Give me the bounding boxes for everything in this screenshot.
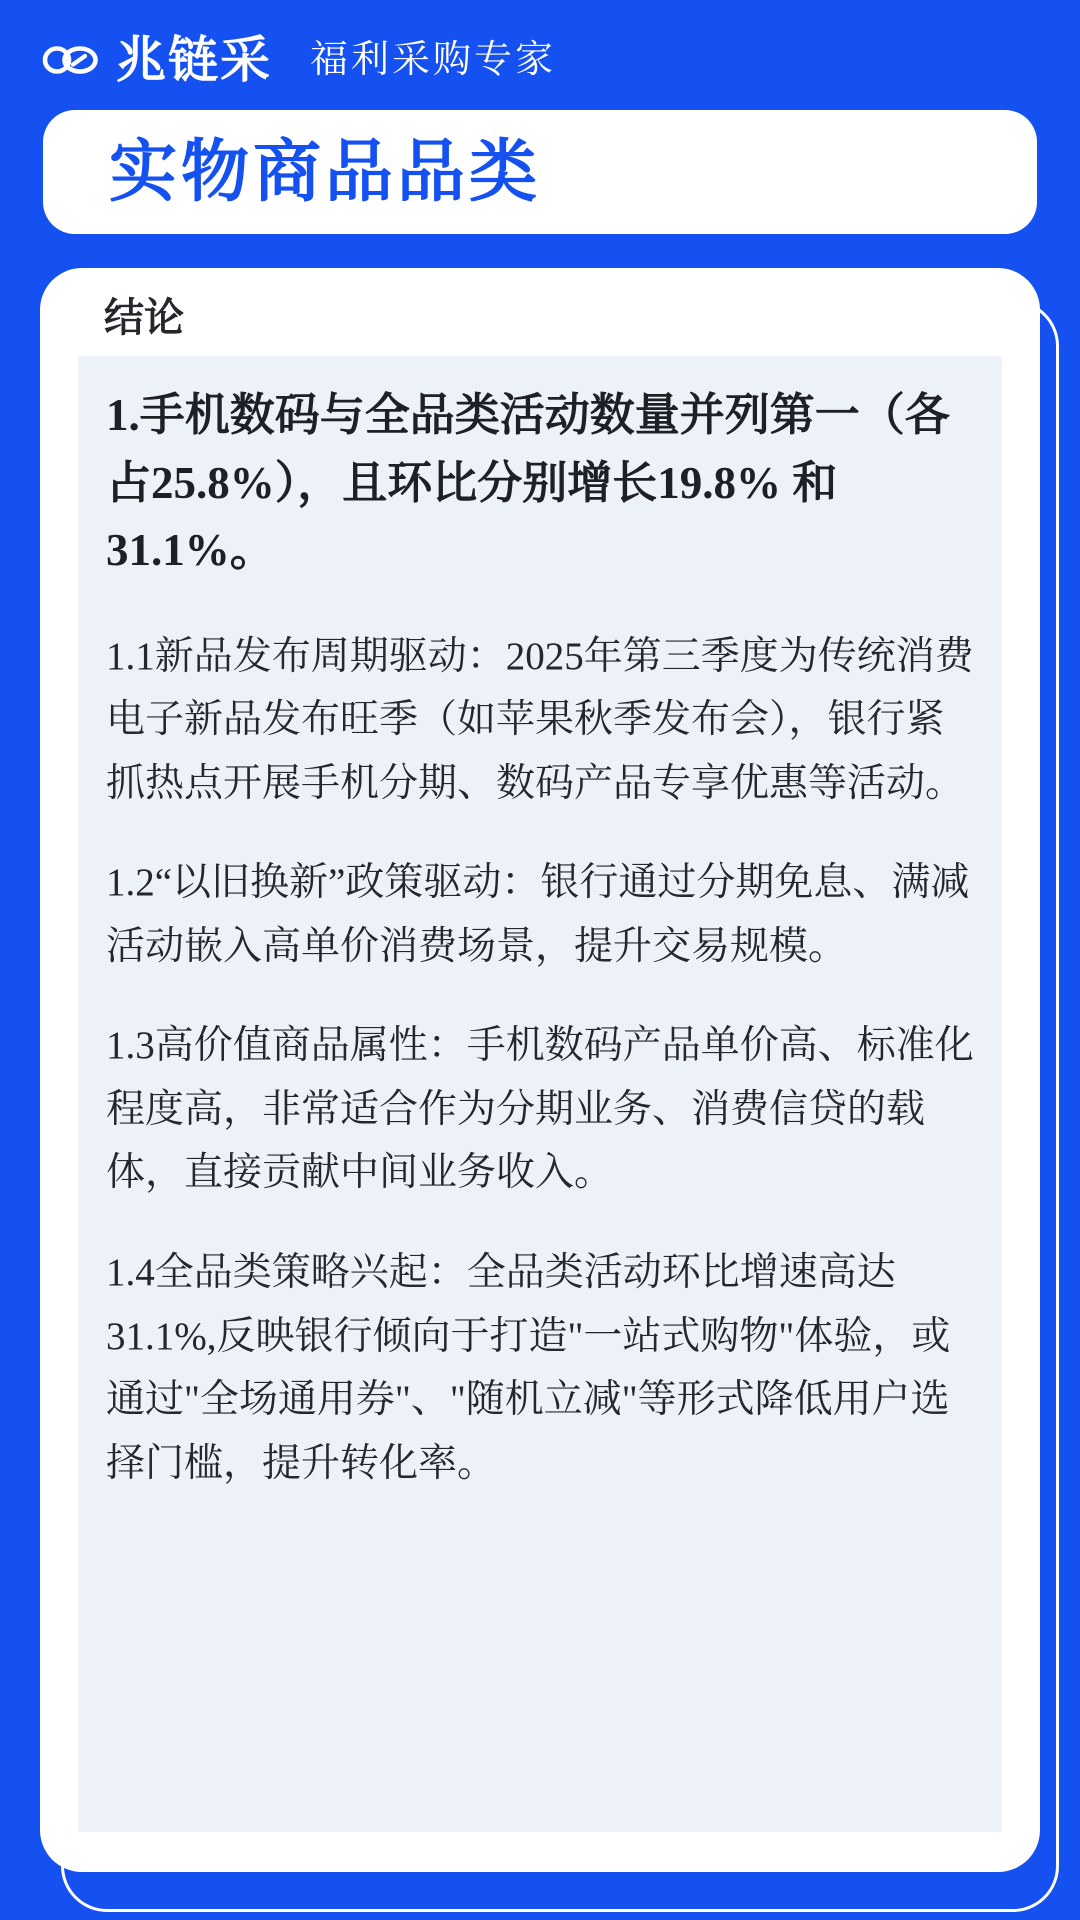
- page-background: 兆链采 福利采购专家 实物商品品类 结论 1.手机数码与全品类活动数量并列第一（…: [0, 0, 1080, 1920]
- title-card: 实物商品品类: [43, 110, 1037, 234]
- brand-tagline: 福利采购专家: [310, 41, 556, 79]
- conclusion-paragraph-4: 1.4全品类策略兴起：全品类活动环比增速高达31.1%,反映银行倾向于打造"一站…: [106, 1241, 974, 1495]
- brand-header: 兆链采 福利采购专家: [42, 30, 556, 90]
- conclusion-headline: 1.手机数码与全品类活动数量并列第一（各占25.8%），且环比分别增长19.8%…: [106, 382, 974, 585]
- conclusion-paragraph-2: 1.2“以旧换新”政策驱动：银行通过分期免息、满减活动嵌入高单价消费场景，提升交…: [106, 851, 974, 978]
- conclusion-paragraph-3: 1.3高价值商品属性：手机数码产品单价高、标准化程度高，非常适合作为分期业务、消…: [106, 1014, 974, 1205]
- chain-link-icon: [42, 45, 100, 75]
- brand-logo-text: 兆链采: [116, 35, 272, 85]
- conclusion-paragraph-1: 1.1新品发布周期驱动：2025年第三季度为传统消费电子新品发布旺季（如苹果秋季…: [106, 625, 974, 816]
- section-label: 结论: [104, 294, 1002, 342]
- page-title: 实物商品品类: [43, 138, 541, 206]
- conclusion-panel: 1.手机数码与全品类活动数量并列第一（各占25.8%），且环比分别增长19.8%…: [78, 356, 1002, 1832]
- content-card: 结论 1.手机数码与全品类活动数量并列第一（各占25.8%），且环比分别增长19…: [40, 268, 1040, 1872]
